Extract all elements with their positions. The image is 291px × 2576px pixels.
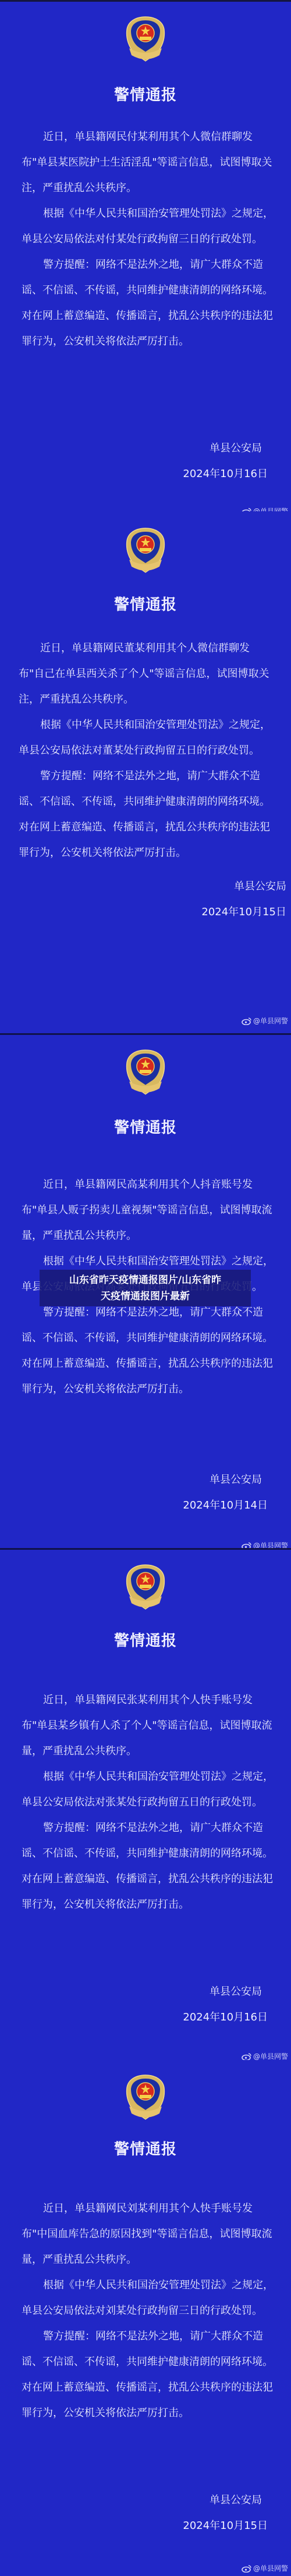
notice-paragraph: 根据《中华人民共和国治安管理处罚法》之规定，单县公安局依法对董某处行政拘留五日的… bbox=[19, 712, 275, 764]
notice-signature-block: 单县公安局 2024年10月14日 bbox=[183, 1467, 268, 1518]
notice-title: 警情通报 bbox=[0, 2137, 291, 2159]
notice-signature-block: 单县公安局 2024年10月16日 bbox=[183, 436, 268, 487]
notice-body: 近日，单县籍网民张某利用其个人快手账号发布"单县某乡镇有人杀了个人"等谣言信息，… bbox=[22, 1688, 278, 1918]
issuer: 单县公安局 bbox=[183, 436, 268, 461]
notice-body: 近日，单县籍网民付某利用其个人微信群聊发布"单县某医院护士生活淫乱"等谣言信息，… bbox=[22, 124, 278, 354]
notice-paragraph: 近日，单县籍网民付某利用其个人微信群聊发布"单县某医院护士生活淫乱"等谣言信息，… bbox=[22, 124, 278, 201]
notice-paragraph: 根据《中华人民共和国治安管理处罚法》之规定，单县公安局依法对付某处行政拘留三日的… bbox=[22, 201, 278, 252]
police-emblem-icon bbox=[123, 1563, 168, 1611]
issuer: 单县公安局 bbox=[183, 2488, 268, 2513]
weibo-icon bbox=[242, 2564, 252, 2573]
issue-date: 2024年10月16日 bbox=[183, 461, 268, 487]
notice-signature-block: 单县公安局 2024年10月16日 bbox=[183, 1979, 268, 2030]
watermark-text: @单县网警 bbox=[253, 2563, 288, 2573]
issue-date: 2024年10月15日 bbox=[201, 900, 286, 925]
notice-title: 警情通报 bbox=[0, 1629, 291, 1650]
notice-paragraph: 近日，单县籍网民董某利用其个人微信群聊发布"自己在单县西关杀了个人"等谣言信息，… bbox=[19, 636, 275, 712]
notice-paragraph: 根据《中华人民共和国治安管理处罚法》之规定，单县公安局依法对刘某处行政拘留三日的… bbox=[22, 2273, 278, 2324]
notice-paragraph: 警方提醒：网络不是法外之地，请广大群众不造谣、不信谣、不传谣，共同维护健康清朗的… bbox=[22, 252, 278, 354]
notice-signature-block: 单县公安局 2024年10月15日 bbox=[201, 874, 286, 925]
notice-paragraph: 警方提醒：网络不是法外之地，请广大群众不造谣、不信谣、不传谣，共同维护健康清朗的… bbox=[22, 2324, 278, 2426]
notice-paragraph: 警方提醒：网络不是法外之地，请广大群众不造谣、不信谣、不传谣，共同维护健康清朗的… bbox=[22, 1815, 278, 1918]
notice-paragraph: 近日，单县籍网民刘某利用其个人快手账号发布"中国血库告急的原因找到"等谣言信息，… bbox=[22, 2196, 278, 2273]
article-title-overlay[interactable]: 山东省昨天疫情通报图片/山东省昨 天疫情通报图片最新 bbox=[40, 1270, 251, 1306]
notice-body: 近日，单县籍网民董某利用其个人微信群聊发布"自己在单县西关杀了个人"等谣言信息，… bbox=[19, 636, 275, 866]
police-emblem-icon bbox=[123, 1048, 168, 1097]
notice-title: 警情通报 bbox=[0, 83, 291, 105]
notice-panel-1: 警情通报 近日，单县籍网民付某利用其个人微信群聊发布"单县某医院护士生活淫乱"等… bbox=[0, 2, 291, 511]
police-emblem-icon bbox=[123, 526, 168, 575]
notice-paragraph: 近日，单县籍网民高某利用其个人抖音账号发布"单县人贩子拐卖儿童视频"等谣言信息，… bbox=[22, 1172, 278, 1249]
notice-signature-block: 单县公安局 2024年10月15日 bbox=[183, 2488, 268, 2539]
overlay-title-line-2: 天疫情通报图片最新 bbox=[40, 1288, 251, 1305]
notice-title: 警情通报 bbox=[0, 593, 291, 614]
issuer: 单县公安局 bbox=[183, 1979, 268, 2005]
notice-body: 近日，单县籍网民刘某利用其个人快手账号发布"中国血库告急的原因找到"等谣言信息，… bbox=[22, 2196, 278, 2426]
issue-date: 2024年10月14日 bbox=[183, 1493, 268, 1518]
notice-paragraph: 近日，单县籍网民张某利用其个人快手账号发布"单县某乡镇有人杀了个人"等谣言信息，… bbox=[22, 1688, 278, 1764]
issuer: 单县公安局 bbox=[183, 1467, 268, 1493]
weibo-watermark: @单县网警 bbox=[242, 2563, 288, 2573]
weibo-watermark: @单县网警 bbox=[242, 1016, 288, 1026]
weibo-icon bbox=[242, 1017, 252, 1025]
weibo-icon bbox=[242, 2052, 252, 2061]
notice-paragraph: 警方提醒：网络不是法外之地，请广大群众不造谣、不信谣、不传谣，共同维护健康清朗的… bbox=[22, 1300, 278, 1402]
issue-date: 2024年10月15日 bbox=[183, 2513, 268, 2539]
issuer: 单县公安局 bbox=[201, 874, 286, 900]
notice-title: 警情通报 bbox=[0, 1116, 291, 1137]
notice-paragraph: 警方提醒：网络不是法外之地，请广大群众不造谣、不信谣、不传谣，共同维护健康清朗的… bbox=[19, 764, 275, 866]
notice-panel-4: 警情通报 近日，单县籍网民张某利用其个人快手账号发布"单县某乡镇有人杀了个人"等… bbox=[0, 1548, 291, 2060]
watermark-text: @单县网警 bbox=[253, 1016, 288, 1026]
issue-date: 2024年10月16日 bbox=[183, 2005, 268, 2030]
notice-panel-5: 警情通报 近日，单县籍网民刘某利用其个人快手账号发布"中国血库告急的原因找到"等… bbox=[0, 2060, 291, 2576]
notice-panel-2: 警情通报 近日，单县籍网民董某利用其个人微信群聊发布"自己在单县西关杀了个人"等… bbox=[0, 511, 291, 1033]
police-emblem-icon bbox=[123, 2073, 168, 2122]
notice-paragraph: 根据《中华人民共和国治安管理处罚法》之规定，单县公安局依法对张某处行政拘留五日的… bbox=[22, 1764, 278, 1815]
overlay-title-line-1: 山东省昨天疫情通报图片/山东省昨 bbox=[40, 1272, 251, 1288]
police-emblem-icon bbox=[123, 15, 168, 63]
